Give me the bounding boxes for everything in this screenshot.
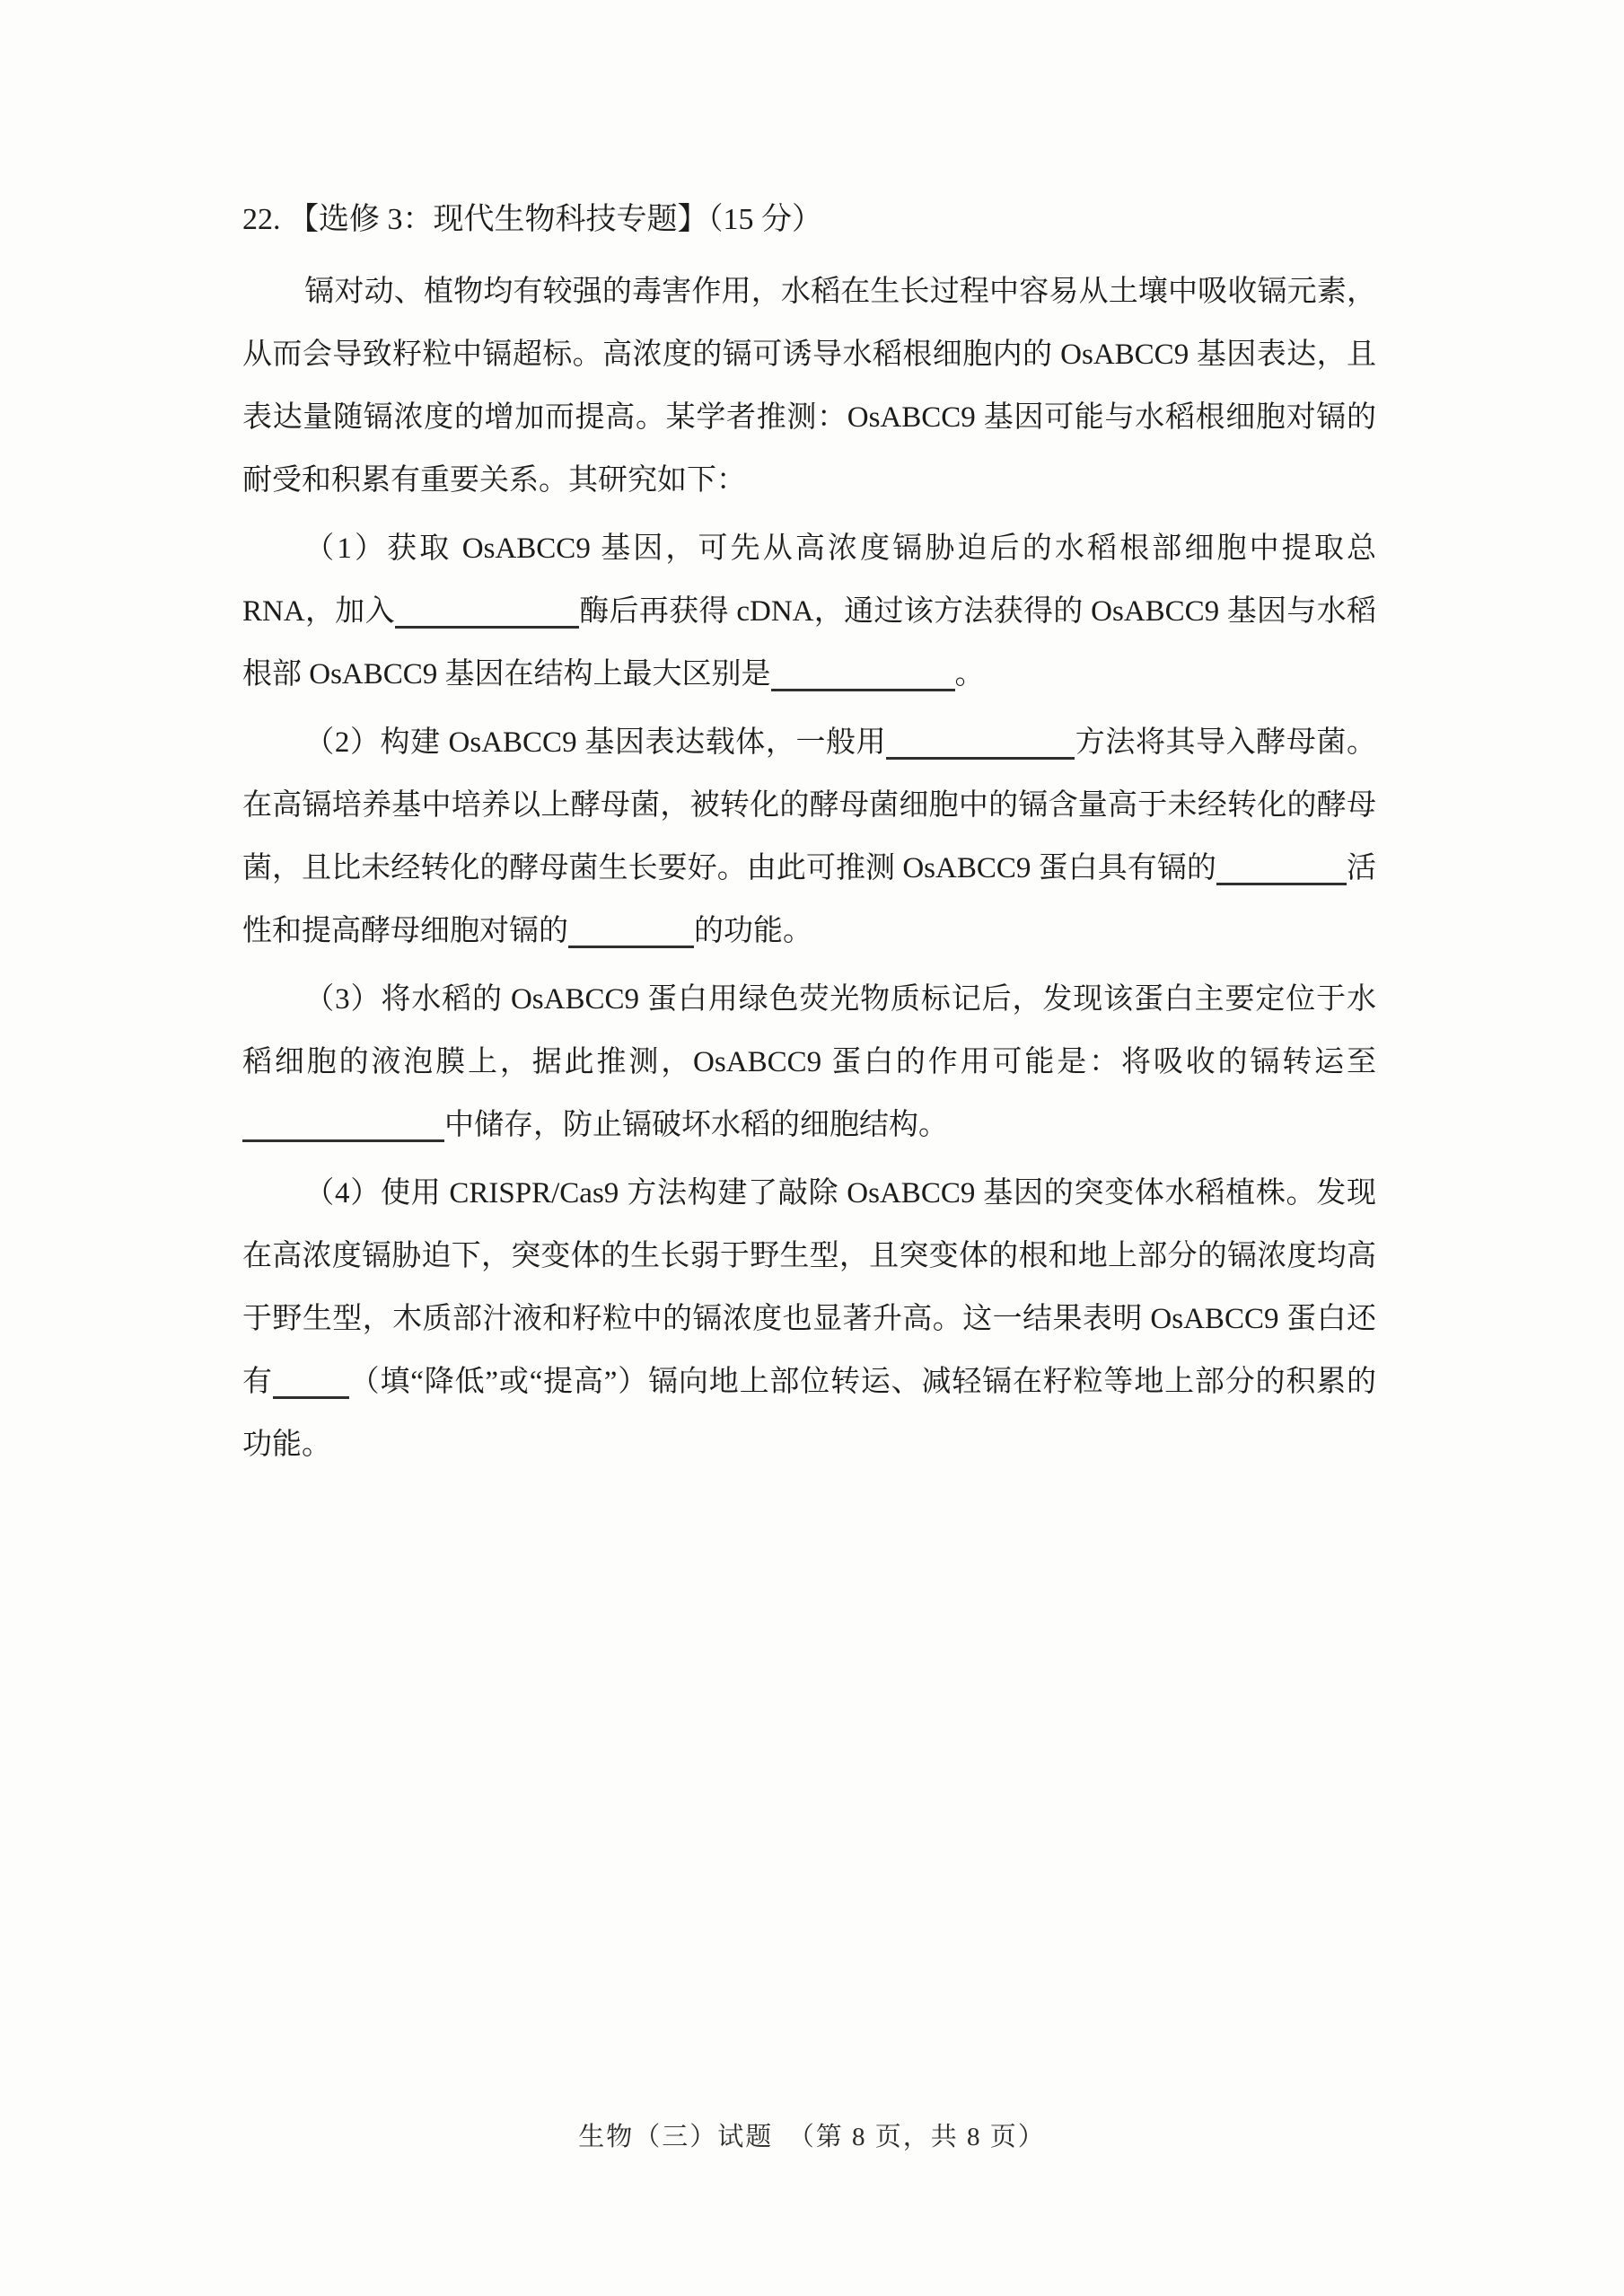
answer-blank-2	[771, 680, 955, 691]
answer-blank-4	[1216, 874, 1347, 885]
sub-question-3: （3）将水稻的 OsABCC9 蛋白用绿色荧光物质标记后，发现该蛋白主要定位于水…	[242, 968, 1376, 1157]
sub-question-4-text-2: （填“降低”或“提高”）镉向地上部位转运、减轻镉在籽粒等地上部分的积累的功能。	[242, 1366, 1376, 1461]
sub-question-2-text: （2）构建 OsABCC9 基因表达载体，一般用	[304, 726, 886, 759]
question-title: 22. 【选修 3：现代生物科技专题】（15 分）	[242, 189, 1376, 251]
intro-text: 镉对动、植物均有较强的毒害作用，水稻在生长过程中容易从土壤中吸收镉元素，从而会导…	[242, 276, 1376, 497]
sub-question-1-text-2: 酶后再获得 cDNA，通过该方法获得的 OsABCC9 基因与水稻根部 OsAB…	[242, 595, 1376, 691]
sub-question-3-text: （3）将水稻的 OsABCC9 蛋白用绿色荧光物质标记后，发现该蛋白主要定位于水…	[242, 983, 1376, 1078]
answer-blank-3	[886, 748, 1075, 760]
question-intro-paragraph: 镉对动、植物均有较强的毒害作用，水稻在生长过程中容易从土壤中吸收镉元素，从而会导…	[242, 260, 1376, 512]
question-block: 22. 【选修 3：现代生物科技专题】（15 分） 镉对动、植物均有较强的毒害作…	[242, 189, 1376, 1482]
sub-question-4: （4）使用 CRISPR/Cas9 方法构建了敲除 OsABCC9 基因的突变体…	[242, 1162, 1376, 1476]
sub-question-3-text-2: 中储存，防止镉破坏水稻的细胞结构。	[444, 1109, 948, 1141]
answer-blank-5	[568, 937, 694, 948]
answer-blank-6	[242, 1130, 444, 1142]
sub-question-2: （2）构建 OsABCC9 基因表达载体，一般用方法将其导入酵母菌。在高镉培养基…	[242, 711, 1376, 963]
sub-question-1-text-3: 。	[955, 658, 985, 691]
page-footer: 生物（三）试题 （第 8 页，共 8 页）	[0, 2116, 1624, 2159]
exam-page: 22. 【选修 3：现代生物科技专题】（15 分） 镉对动、植物均有较强的毒害作…	[0, 0, 1624, 2296]
answer-blank-7	[273, 1387, 349, 1399]
sub-question-1: （1）获取 OsABCC9 基因，可先从高浓度镉胁迫后的水稻根部细胞中提取总 R…	[242, 517, 1376, 706]
answer-blank-1	[395, 617, 579, 629]
sub-question-2-text-4: 的功能。	[694, 915, 812, 947]
